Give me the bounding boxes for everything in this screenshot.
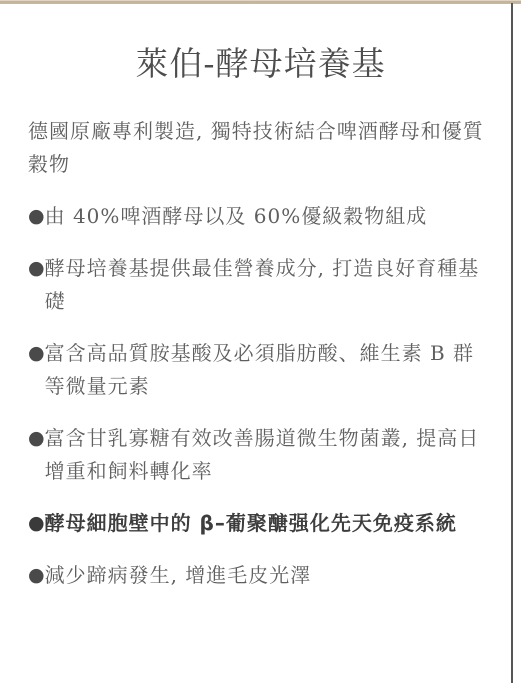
bullet-text: 富含甘乳寡糖有效改善腸道微生物菌叢, 提高日增重和飼料轉化率	[45, 422, 493, 488]
page-title: 萊伯-酵母培養基	[28, 38, 493, 85]
intro-text: 德國原廠專利製造, 獨特技術結合啤酒酵母和優質穀物	[28, 115, 493, 181]
bullet-list: ● 由 40%啤酒酵母以及 60%優級穀物組成 ● 酵母培養基提供最佳營養成分,…	[28, 200, 493, 592]
document-body: 萊伯-酵母培養基 德國原廠專利製造, 獨特技術結合啤酒酵母和優質穀物 ● 由 4…	[6, 4, 511, 611]
bullet-item: ● 減少蹄病發生, 增進毛皮光澤	[28, 559, 493, 592]
bullet-item-emphasis: ● 酵母細胞壁中的 β–葡聚醣强化先天免疫系統	[28, 507, 493, 540]
bullet-dot-icon: ●	[28, 337, 45, 370]
bullet-dot-icon: ●	[28, 507, 45, 540]
bullet-text: 由 40%啤酒酵母以及 60%優級穀物組成	[45, 200, 428, 233]
page-left-border	[4, 3, 5, 683]
bullet-dot-icon: ●	[28, 422, 45, 455]
bullet-text: 富含高品質胺基酸及必須脂肪酸、維生素 B 群等微量元素	[45, 337, 493, 403]
bullet-dot-icon: ●	[28, 200, 45, 233]
bullet-text: 減少蹄病發生, 增進毛皮光澤	[45, 559, 312, 592]
bullet-text: 酵母培養基提供最佳營養成分, 打造良好育種基礎	[45, 252, 493, 318]
bullet-item: ● 富含高品質胺基酸及必須脂肪酸、維生素 B 群等微量元素	[28, 337, 493, 403]
bullet-text: 酵母細胞壁中的 β–葡聚醣强化先天免疫系統	[45, 507, 457, 540]
bullet-item: ● 富含甘乳寡糖有效改善腸道微生物菌叢, 提高日增重和飼料轉化率	[28, 422, 493, 488]
bullet-dot-icon: ●	[28, 252, 45, 285]
page-right-border	[511, 3, 513, 683]
bullet-dot-icon: ●	[28, 559, 45, 592]
bullet-item: ● 酵母培養基提供最佳營養成分, 打造良好育種基礎	[28, 252, 493, 318]
bullet-item: ● 由 40%啤酒酵母以及 60%優級穀物組成	[28, 200, 493, 233]
